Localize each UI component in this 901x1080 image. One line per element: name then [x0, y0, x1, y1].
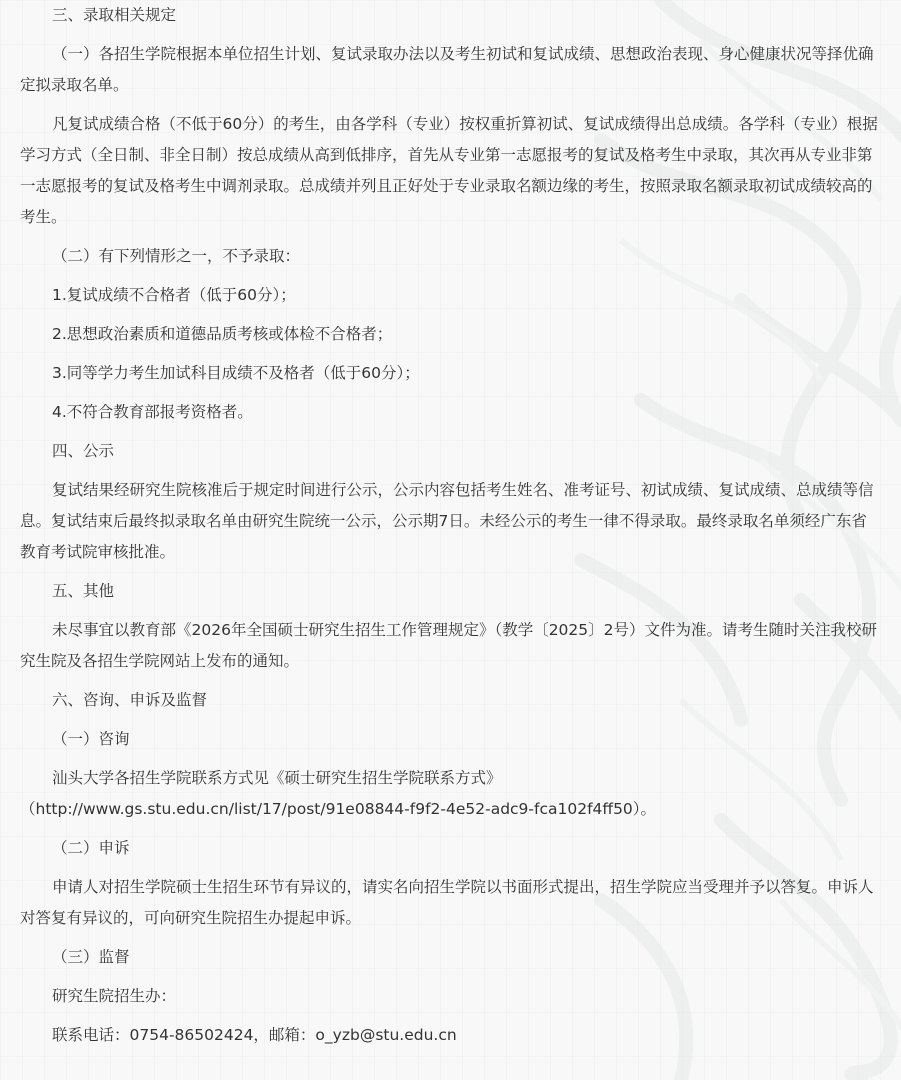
- appeal-text: 申请人对招生学院硕士生招生环节有异议的，请实名向招生学院以书面形式提出，招生学院…: [20, 872, 881, 934]
- section-3-sub-2-heading: （二）有下列情形之一，不予录取：: [20, 241, 881, 272]
- section-6-heading: 六、咨询、申诉及监督: [20, 685, 881, 716]
- exclusion-item-3: 3.同等学力考生加试科目成绩不及格者（低于60分）；: [20, 358, 881, 389]
- supervise-office: 研究生院招生办：: [20, 981, 881, 1012]
- consult-text: 汕头大学各招生学院联系方式见《硕士研究生招生学院联系方式》: [20, 763, 881, 794]
- section-5-heading: 五、其他: [20, 576, 881, 607]
- section-5-para: 未尽事宜以教育部《2026年全国硕士研究生招生工作管理规定》（教学〔2025〕2…: [20, 615, 881, 677]
- appeal-heading: （二）申诉: [20, 833, 881, 864]
- supervise-heading: （三）监督: [20, 942, 881, 973]
- exclusion-item-1: 1.复试成绩不合格者（低于60分）；: [20, 280, 881, 311]
- section-4-heading: 四、公示: [20, 436, 881, 467]
- consult-url-link[interactable]: （http://www.gs.stu.edu.cn/list/17/post/9…: [20, 794, 881, 825]
- exclusion-item-4: 4.不符合教育部报考资格者。: [20, 397, 881, 428]
- document-body: 三、录取相关规定 （一）各招生学院根据本单位招生计划、复试录取办法以及考生初试和…: [0, 0, 901, 1051]
- contact-info: 联系电话：0754-86502424，邮箱：o_yzb@stu.edu.cn: [20, 1020, 881, 1051]
- section-3-para-1: （一）各招生学院根据本单位招生计划、复试录取办法以及考生初试和复试成绩、思想政治…: [20, 39, 881, 101]
- exclusion-item-2: 2.思想政治素质和道德品质考核或体检不合格者；: [20, 319, 881, 350]
- section-3-para-2: 凡复试成绩合格（不低于60分）的考生，由各学科（专业）按权重折算初试、复试成绩得…: [20, 109, 881, 233]
- consult-heading: （一）咨询: [20, 724, 881, 755]
- section-4-para: 复试结果经研究生院核准后于规定时间进行公示，公示内容包括考生姓名、准考证号、初试…: [20, 475, 881, 568]
- section-3-heading: 三、录取相关规定: [20, 0, 881, 31]
